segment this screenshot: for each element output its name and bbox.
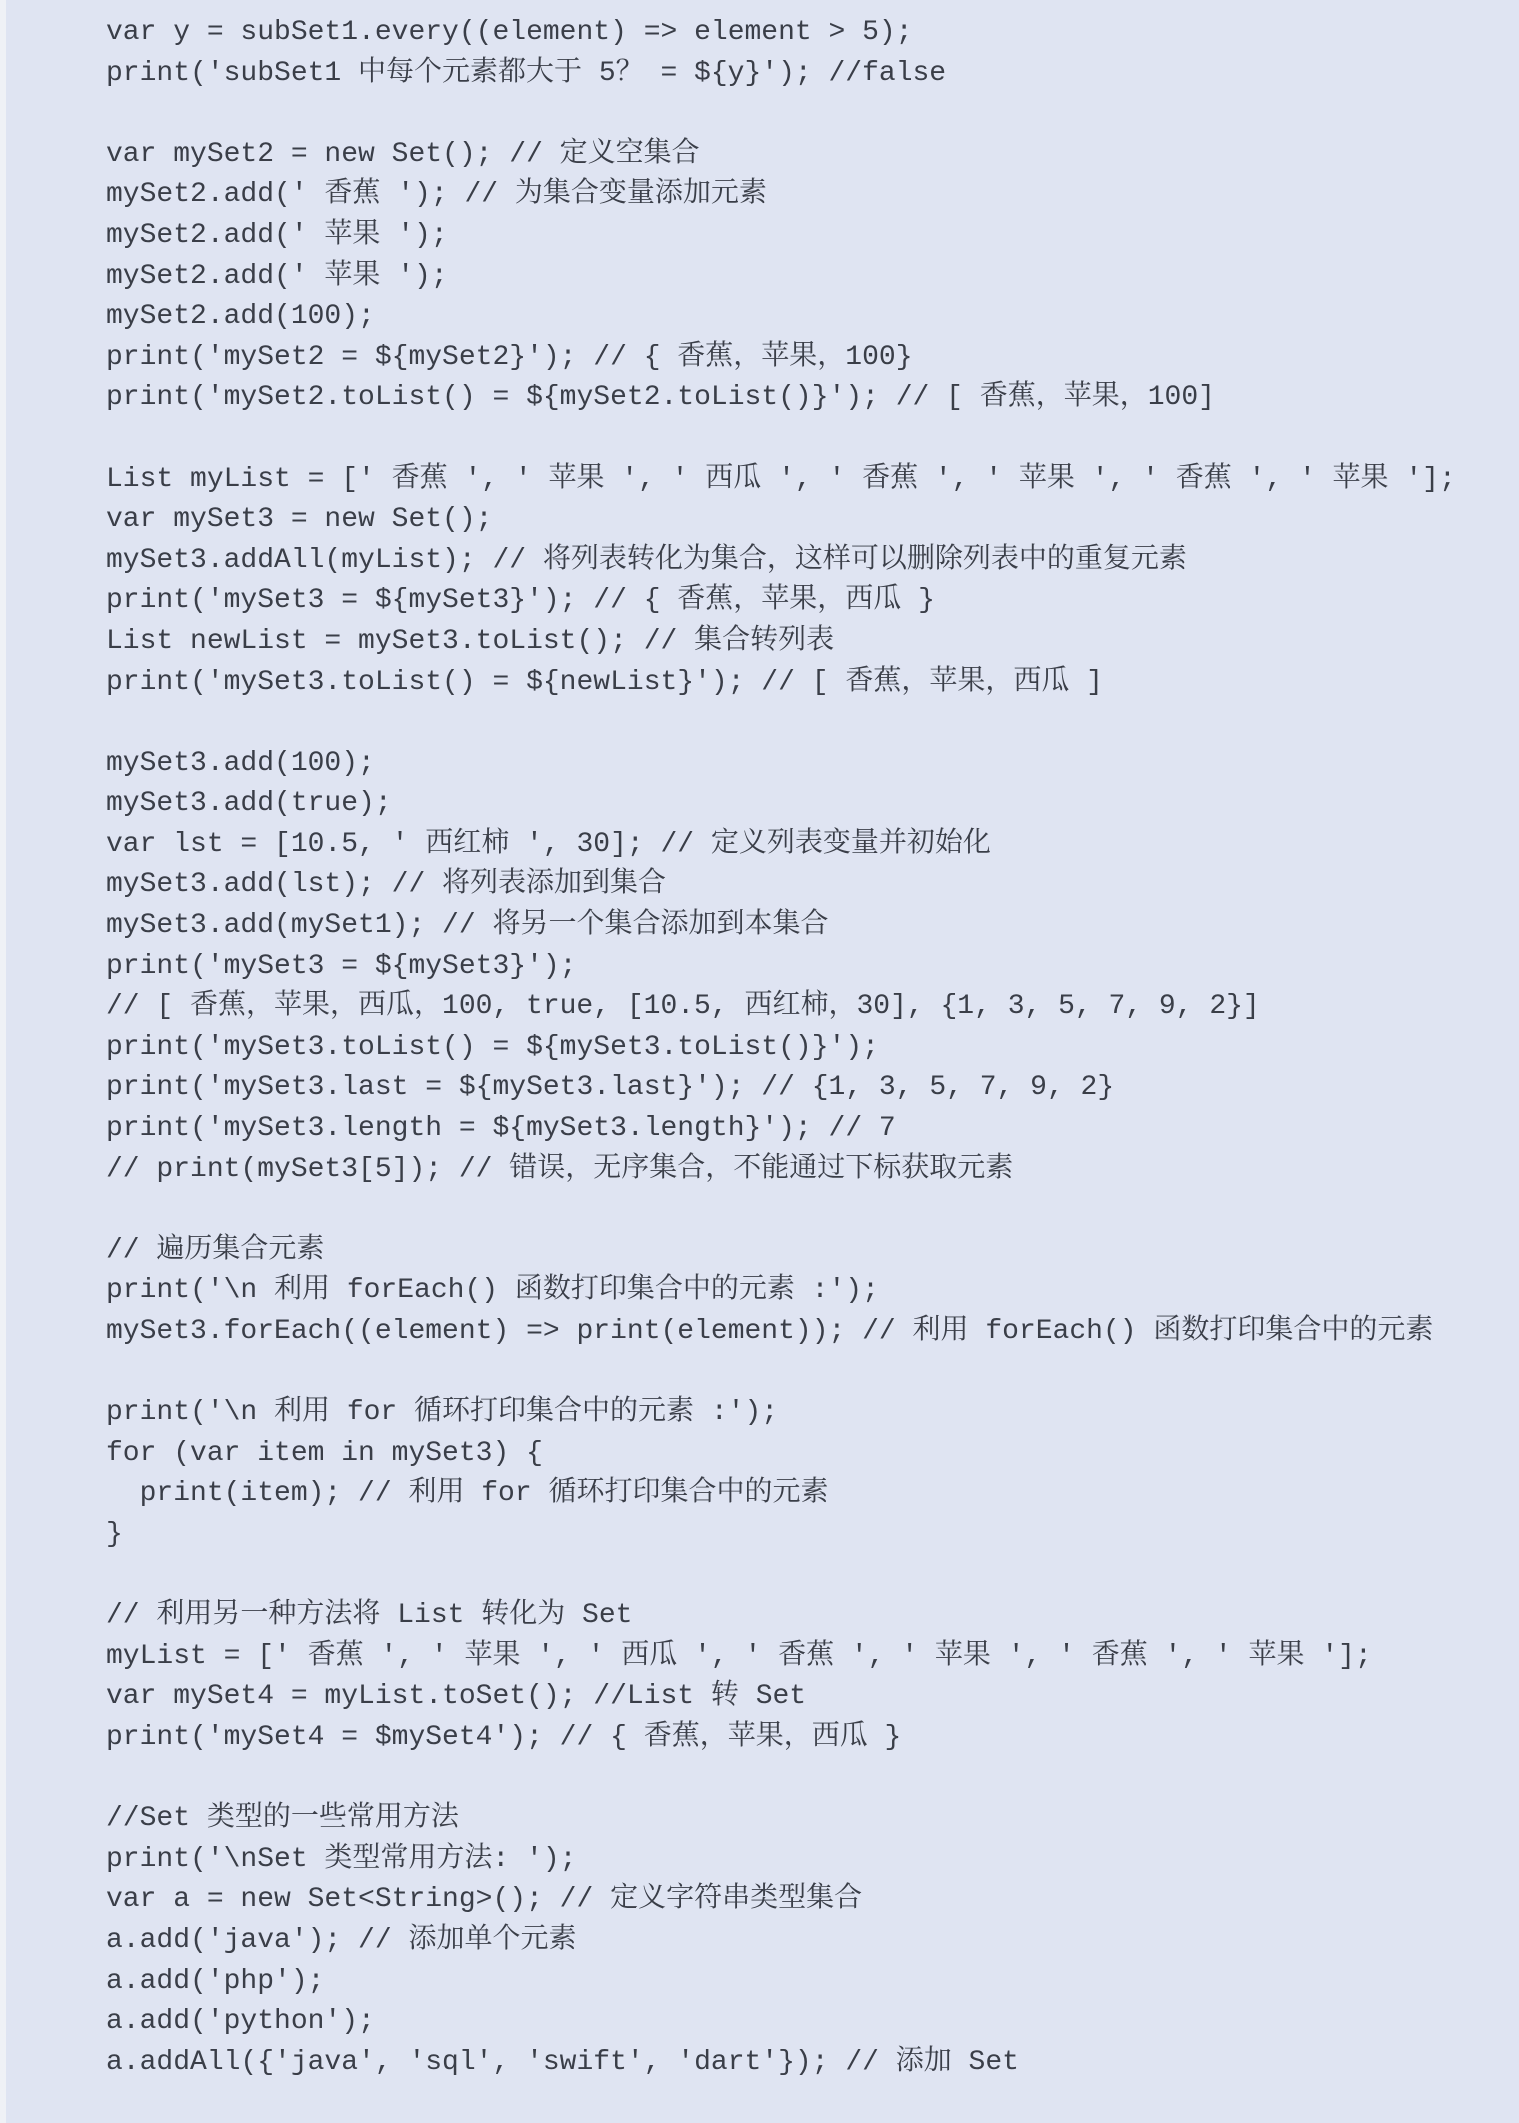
code-line: var lst = [10.5, ' 西红柿 ', 30]; // 定义列表变量… bbox=[106, 825, 1513, 866]
code-line: mySet2.add(' 苹果 '); bbox=[106, 257, 1513, 298]
scanned-book-page: { "page": { "background_color": "#dfe4f2… bbox=[0, 0, 1519, 2123]
code-comment-line: // print(mySet3[5]); // 错误，无序集合，不能通过下标获取… bbox=[106, 1150, 1513, 1191]
code-line: print('mySet2.toList() = ${mySet2.toList… bbox=[106, 378, 1513, 419]
code-comment-line: // [ 香蕉，苹果，西瓜，100, true, [10.5, 西红柿，30],… bbox=[106, 987, 1513, 1028]
code-line: } bbox=[106, 1515, 1513, 1556]
code-line: a.add('python'); bbox=[106, 2002, 1513, 2043]
code-line: mySet3.add(lst); // 将列表添加到集合 bbox=[106, 865, 1513, 906]
code-line: print('mySet3.length = ${mySet3.length}'… bbox=[106, 1109, 1513, 1150]
code-line: var mySet3 = new Set(); bbox=[106, 500, 1513, 541]
code-line: print('mySet3 = ${mySet3}'); bbox=[106, 947, 1513, 988]
code-line: mySet2.add(100); bbox=[106, 297, 1513, 338]
code-line: a.add('php'); bbox=[106, 1962, 1513, 2003]
code-line: print('mySet4 = $mySet4'); // { 香蕉，苹果，西瓜… bbox=[106, 1718, 1513, 1759]
code-line: print(item); // 利用 for 循环打印集合中的元素 bbox=[106, 1474, 1513, 1515]
code-line: print('\n 利用 forEach() 函数打印集合中的元素 :'); bbox=[106, 1271, 1513, 1312]
code-line: mySet2.add(' 苹果 '); bbox=[106, 216, 1513, 257]
code-line: a.add('java'); // 添加单个元素 bbox=[106, 1921, 1513, 1962]
code-comment-line: //Set 类型的一些常用方法 bbox=[106, 1799, 1513, 1840]
code-line: var a = new Set<String>(); // 定义字符串类型集合 bbox=[106, 1880, 1513, 1921]
code-line bbox=[106, 1759, 1513, 1800]
code-line: print('mySet3.toList() = ${newList}'); /… bbox=[106, 663, 1513, 704]
code-line: List myList = [' 香蕉 ', ' 苹果 ', ' 西瓜 ', '… bbox=[106, 460, 1513, 501]
code-line bbox=[106, 1556, 1513, 1597]
code-line bbox=[106, 1190, 1513, 1231]
code-line: for (var item in mySet3) { bbox=[106, 1434, 1513, 1475]
code-comment-line: // 利用另一种方法将 List 转化为 Set bbox=[106, 1596, 1513, 1637]
code-line: mySet3.forEach((element) => print(elemen… bbox=[106, 1312, 1513, 1353]
code-line: print('mySet2 = ${mySet2}'); // { 香蕉，苹果，… bbox=[106, 338, 1513, 379]
code-line: print('subSet1 中每个元素都大于 5？ = ${y}'); //f… bbox=[106, 54, 1513, 95]
code-line: a.addAll({'java', 'sql', 'swift', 'dart'… bbox=[106, 2043, 1513, 2084]
code-line bbox=[106, 1353, 1513, 1394]
code-line: myList = [' 香蕉 ', ' 苹果 ', ' 西瓜 ', ' 香蕉 '… bbox=[106, 1637, 1513, 1678]
code-line: mySet3.add(100); bbox=[106, 744, 1513, 785]
code-line: List newList = mySet3.toList(); // 集合转列表 bbox=[106, 622, 1513, 663]
code-line bbox=[106, 94, 1513, 135]
code-line: print('mySet3 = ${mySet3}'); // { 香蕉，苹果，… bbox=[106, 581, 1513, 622]
code-line: print('mySet3.last = ${mySet3.last}'); /… bbox=[106, 1068, 1513, 1109]
code-line: mySet2.add(' 香蕉 '); // 为集合变量添加元素 bbox=[106, 175, 1513, 216]
code-line: print('\nSet 类型常用方法: '); bbox=[106, 1840, 1513, 1881]
code-line bbox=[106, 419, 1513, 460]
code-comment-line: // 遍历集合元素 bbox=[106, 1231, 1513, 1272]
code-line: print('\n 利用 for 循环打印集合中的元素 :'); bbox=[106, 1393, 1513, 1434]
code-line: var mySet2 = new Set(); // 定义空集合 bbox=[106, 135, 1513, 176]
code-listing: var y = subSet1.every((element) => eleme… bbox=[0, 0, 1519, 2083]
code-line bbox=[106, 703, 1513, 744]
code-line: print('mySet3.toList() = ${mySet3.toList… bbox=[106, 1028, 1513, 1069]
code-line: var mySet4 = myList.toSet(); //List 转 Se… bbox=[106, 1677, 1513, 1718]
code-line: var y = subSet1.every((element) => eleme… bbox=[106, 13, 1513, 54]
code-line: mySet3.add(true); bbox=[106, 784, 1513, 825]
code-line: mySet3.addAll(myList); // 将列表转化为集合，这样可以删… bbox=[106, 541, 1513, 582]
code-line: mySet3.add(mySet1); // 将另一个集合添加到本集合 bbox=[106, 906, 1513, 947]
